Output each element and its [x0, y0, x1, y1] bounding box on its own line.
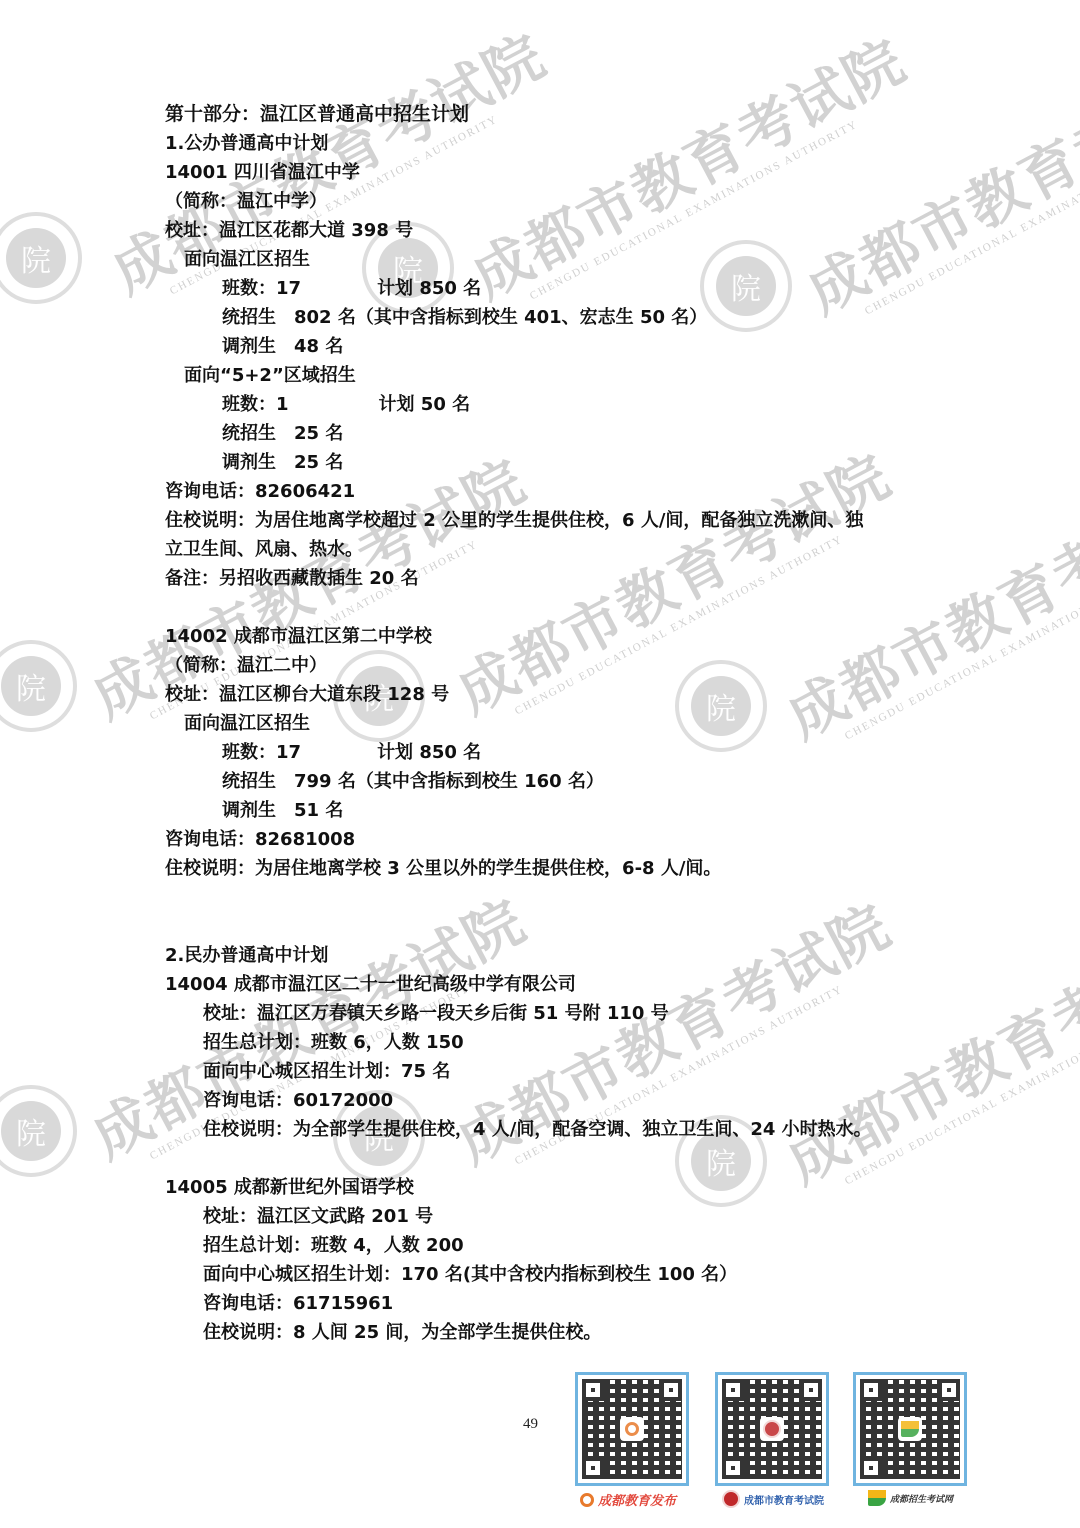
classes: 班数：17: [222, 742, 301, 763]
boarding-info: 住校说明：为居住地离学校 3 公里以外的学生提供住校，6-8 人/间。: [165, 854, 872, 883]
consult-phone: 咨询电话：82606421: [165, 477, 872, 506]
green-yellow-shield-icon: [868, 1490, 886, 1506]
school-entry-14004: 14004 成都市温江区二十一世纪高级中学有限公司 校址：温江区万春镇天乡路一段…: [165, 970, 872, 1144]
school-name: 14002 成都市温江区第二中学校: [165, 622, 872, 651]
central-plan: 面向中心城区招生计划：75 名: [165, 1057, 872, 1086]
adjusted-enrollment: 调剂生 48 名: [165, 332, 872, 361]
orange-ring-icon: [620, 1417, 644, 1441]
school-name: 14005 成都新世纪外国语学校: [165, 1173, 872, 1202]
qr-code-icon: [722, 1379, 822, 1479]
group-label: 面向“5+2”区域招生: [165, 361, 872, 390]
school-short-name: （简称：温江中学）: [165, 187, 872, 216]
boarding-info: 住校说明：为居住地离学校超过 2 公里的学生提供住校，6 人/间，配备独立洗漱间…: [165, 506, 872, 535]
page-footer: 49 成都教育发布 成都市教育考试院 成都招生: [0, 1360, 1080, 1528]
plan: 计划 50 名: [379, 390, 471, 419]
private-heading: 2.民办普通高中计划: [165, 941, 872, 970]
total-plan: 招生总计划：班数 4，人数 200: [165, 1231, 872, 1260]
classes: 班数：1: [222, 394, 289, 415]
red-seal-icon: [722, 1490, 740, 1508]
classes: 班数：17: [222, 278, 301, 299]
adjusted-enrollment: 调剂生 25 名: [165, 448, 872, 477]
red-seal-icon: [760, 1417, 784, 1441]
unified-enrollment: 统招生 799 名（其中含指标到校生 160 名）: [165, 767, 872, 796]
group-label: 面向温江区招生: [165, 709, 872, 738]
seal-watermark: 院: [0, 212, 82, 304]
boarding-info-cont: 立卫生间、风扇、热水。: [165, 535, 872, 564]
consult-phone: 咨询电话：60172000: [165, 1086, 872, 1115]
unified-enrollment: 统招生 25 名: [165, 419, 872, 448]
brand-enrollment-exam-site: 成都招生考试网: [868, 1490, 953, 1506]
consult-phone: 咨询电话：61715961: [165, 1289, 872, 1318]
qr-code-icon: [860, 1379, 960, 1479]
school-entry-14005: 14005 成都新世纪外国语学校 校址：温江区文武路 201 号 招生总计划：班…: [165, 1173, 872, 1347]
school-short-name: （简称：温江二中）: [165, 651, 872, 680]
brand-chengdu-education-release: 成都教育发布: [580, 1490, 676, 1509]
group-label: 面向温江区招生: [165, 245, 872, 274]
qr-code-enrollment-exam-site[interactable]: [853, 1372, 967, 1486]
school-address: 校址：温江区柳台大道东段 128 号: [165, 680, 872, 709]
school-address: 校址：温江区万春镇天乡路一段天乡后街 51 号附 110 号: [165, 999, 872, 1028]
green-yellow-shield-icon: [898, 1417, 922, 1441]
total-plan: 招生总计划：班数 6，人数 150: [165, 1028, 872, 1057]
group-classes-plan: 班数：17计划 850 名: [165, 274, 872, 303]
orange-ring-icon: [580, 1493, 594, 1507]
brand-exam-authority: 成都市教育考试院: [722, 1490, 824, 1508]
document-body: 第十部分：温江区普通高中招生计划 1.公办普通高中计划 14001 四川省温江中…: [165, 100, 872, 1347]
boarding-info: 住校说明：8 人间 25 间，为全部学生提供住校。: [165, 1318, 872, 1347]
school-address: 校址：温江区花都大道 398 号: [165, 216, 872, 245]
page-number: 49: [523, 1416, 538, 1433]
section-title: 第十部分：温江区普通高中招生计划: [165, 100, 872, 129]
group-classes-plan: 班数：1计划 50 名: [165, 390, 872, 419]
central-plan: 面向中心城区招生计划：170 名(其中含校内指标到校生 100 名）: [165, 1260, 872, 1289]
qr-code-exam-authority[interactable]: [715, 1372, 829, 1486]
boarding-info: 住校说明：为全部学生提供住校，4 人/间，配备空调、独立卫生间、24 小时热水。: [165, 1115, 872, 1144]
public-heading: 1.公办普通高中计划: [165, 129, 872, 158]
seal-watermark: 院: [0, 1085, 77, 1177]
unified-enrollment: 统招生 802 名（其中含指标到校生 401、宏志生 50 名）: [165, 303, 872, 332]
school-name: 14001 四川省温江中学: [165, 158, 872, 187]
consult-phone: 咨询电话：82681008: [165, 825, 872, 854]
plan: 计划 850 名: [377, 738, 481, 767]
remark: 备注：另招收西藏散插生 20 名: [165, 564, 872, 593]
seal-watermark: 院: [0, 640, 77, 732]
plan: 计划 850 名: [377, 274, 481, 303]
school-entry-14002: 14002 成都市温江区第二中学校 （简称：温江二中） 校址：温江区柳台大道东段…: [165, 622, 872, 883]
school-name: 14004 成都市温江区二十一世纪高级中学有限公司: [165, 970, 872, 999]
qr-code-chengdu-education-release[interactable]: [575, 1372, 689, 1486]
school-entry-14001: 14001 四川省温江中学 （简称：温江中学） 校址：温江区花都大道 398 号…: [165, 158, 872, 593]
group-classes-plan: 班数：17计划 850 名: [165, 738, 872, 767]
adjusted-enrollment: 调剂生 51 名: [165, 796, 872, 825]
school-address: 校址：温江区文武路 201 号: [165, 1202, 872, 1231]
qr-code-icon: [582, 1379, 682, 1479]
